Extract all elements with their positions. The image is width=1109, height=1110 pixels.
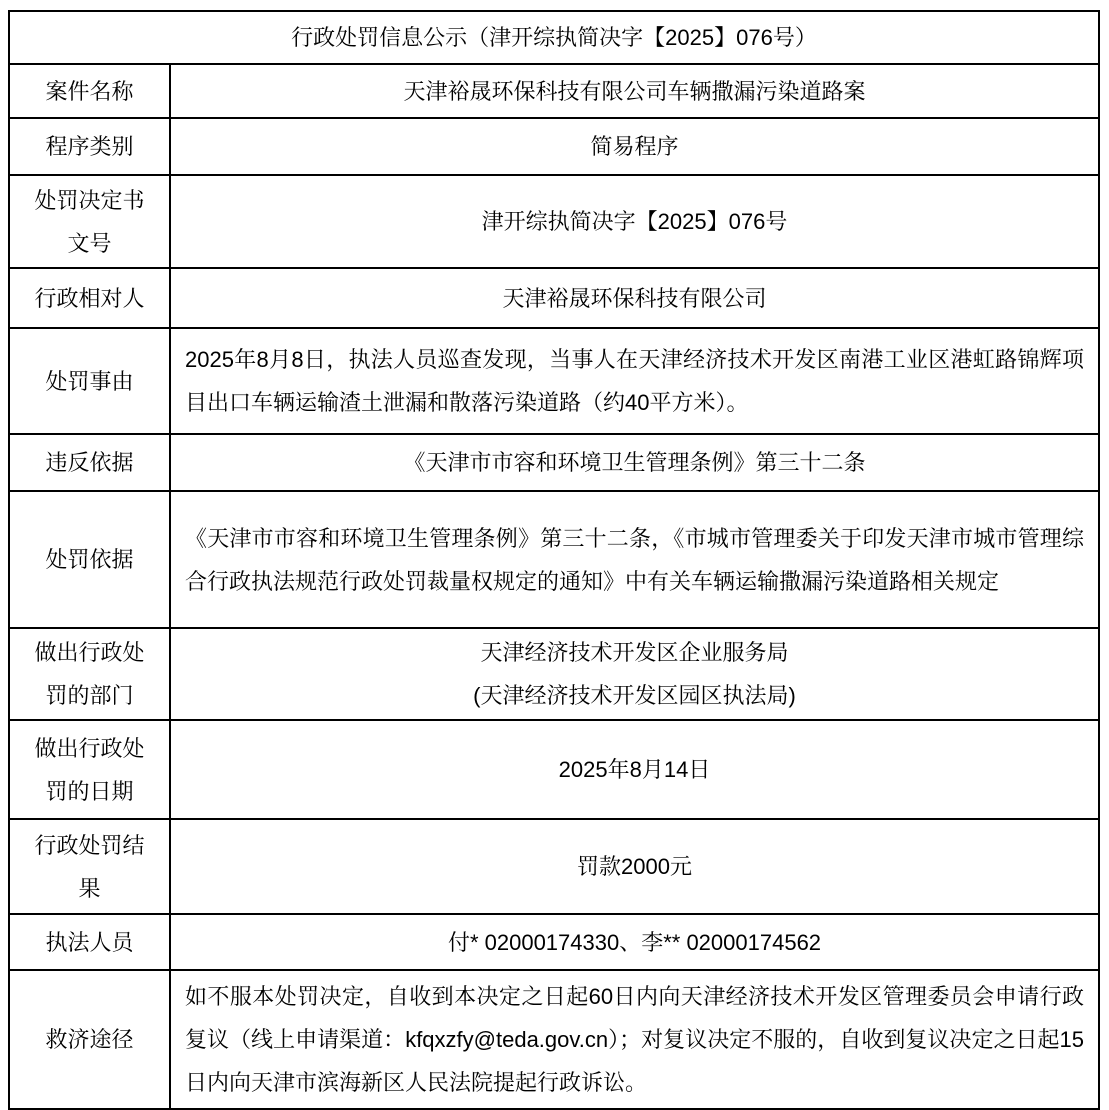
row-label: 行政处罚结 果 (9, 819, 170, 914)
penalty-disclosure-table: 行政处罚信息公示（津开综执简决字【2025】076号） 案件名称 天津裕晟环保科… (8, 10, 1100, 1110)
row-value: 津开综执简决字【2025】076号 (170, 175, 1099, 268)
table-row-case-name: 案件名称 天津裕晟环保科技有限公司车辆撒漏污染道路案 (9, 64, 1099, 118)
table-row-penalty-basis: 处罚依据 《天津市市容和环境卫生管理条例》第三十二条，《市城市管理委关于印发天津… (9, 491, 1099, 628)
table-title: 行政处罚信息公示（津开综执简决字【2025】076号） (9, 11, 1099, 64)
row-label: 案件名称 (9, 64, 170, 118)
table-row-decision-doc-number: 处罚决定书 文号 津开综执简决字【2025】076号 (9, 175, 1099, 268)
table-row-administrative-counterpart: 行政相对人 天津裕晟环保科技有限公司 (9, 268, 1099, 328)
row-value: 2025年8月8日，执法人员巡查发现，当事人在天津经济技术开发区南港工业区港虹路… (170, 328, 1099, 434)
row-label: 做出行政处 罚的部门 (9, 628, 170, 720)
row-label: 行政相对人 (9, 268, 170, 328)
title-row: 行政处罚信息公示（津开综执简决字【2025】076号） (9, 11, 1099, 64)
row-label: 处罚决定书 文号 (9, 175, 170, 268)
row-value: 如不服本处罚决定，自收到本决定之日起60日内向天津经济技术开发区管理委员会申请行… (170, 970, 1099, 1109)
table-row-violated-basis: 违反依据 《天津市市容和环境卫生管理条例》第三十二条 (9, 434, 1099, 491)
row-value: 付* 02000174330、李** 02000174562 (170, 914, 1099, 970)
row-label: 做出行政处 罚的日期 (9, 720, 170, 819)
table-row-penalty-date: 做出行政处 罚的日期 2025年8月14日 (9, 720, 1099, 819)
row-value: 《天津市市容和环境卫生管理条例》第三十二条 (170, 434, 1099, 491)
table-row-procedure-type: 程序类别 简易程序 (9, 118, 1099, 175)
row-value: 《天津市市容和环境卫生管理条例》第三十二条，《市城市管理委关于印发天津市城市管理… (170, 491, 1099, 628)
row-value: 天津经济技术开发区企业服务局 (天津经济技术开发区园区执法局) (170, 628, 1099, 720)
row-value: 罚款2000元 (170, 819, 1099, 914)
row-label: 执法人员 (9, 914, 170, 970)
table-row-penalty-department: 做出行政处 罚的部门 天津经济技术开发区企业服务局 (天津经济技术开发区园区执法… (9, 628, 1099, 720)
row-value: 2025年8月14日 (170, 720, 1099, 819)
table-row-penalty-cause: 处罚事由 2025年8月8日，执法人员巡查发现，当事人在天津经济技术开发区南港工… (9, 328, 1099, 434)
row-value: 简易程序 (170, 118, 1099, 175)
row-label: 处罚事由 (9, 328, 170, 434)
row-value: 天津裕晟环保科技有限公司 (170, 268, 1099, 328)
row-label: 处罚依据 (9, 491, 170, 628)
table-row-penalty-result: 行政处罚结 果 罚款2000元 (9, 819, 1099, 914)
row-label: 救济途径 (9, 970, 170, 1109)
row-value: 天津裕晟环保科技有限公司车辆撒漏污染道路案 (170, 64, 1099, 118)
table-row-enforcement-officers: 执法人员 付* 02000174330、李** 02000174562 (9, 914, 1099, 970)
row-label: 程序类别 (9, 118, 170, 175)
table-row-relief-channels: 救济途径 如不服本处罚决定，自收到本决定之日起60日内向天津经济技术开发区管理委… (9, 970, 1099, 1109)
row-label: 违反依据 (9, 434, 170, 491)
